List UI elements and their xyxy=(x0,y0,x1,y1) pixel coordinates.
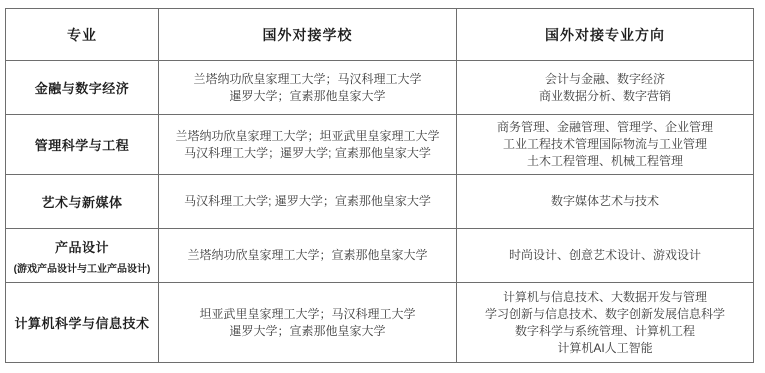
table-row: 计算机科学与信息技术坦亚武里皇家理工大学；马汉科理工大学暹罗大学；宣素那他皇家大… xyxy=(6,283,754,363)
text-line: 马汉科理工大学; 暹罗大学；宣素那他皇家大学 xyxy=(165,193,450,210)
major-note: (游戏产品设计与工业产品设计) xyxy=(12,260,152,275)
major-cell: 管理科学与工程 xyxy=(6,115,159,175)
major-name: 艺术与新媒体 xyxy=(12,192,152,211)
major-name: 金融与数字经济 xyxy=(12,78,152,97)
text-line: 数字科学与系统管理、计算机工程 xyxy=(463,323,747,340)
table-row: 产品设计(游戏产品设计与工业产品设计)兰塔纳功欣皇家理工大学；宣素那他皇家大学时… xyxy=(6,229,754,283)
text-line: 商业数据分析、数字营销 xyxy=(463,88,747,105)
schools-cell: 坦亚武里皇家理工大学；马汉科理工大学暹罗大学；宣素那他皇家大学 xyxy=(159,283,457,363)
text-line: 会计与金融、数字经济 xyxy=(463,71,747,88)
directions-cell: 会计与金融、数字经济商业数据分析、数字营销 xyxy=(457,61,754,115)
header-major: 专业 xyxy=(6,9,159,61)
text-line: 兰塔纳功欣皇家理工大学；宣素那他皇家大学 xyxy=(165,247,450,264)
text-line: 马汉科理工大学；暹罗大学; 宣素那他皇家大学 xyxy=(165,145,450,162)
majors-table-wrapper: 专业 国外对接学校 国外对接专业方向 金融与数字经济兰塔纳功欣皇家理工大学；马汉… xyxy=(5,8,754,363)
text-line: 计算机与信息技术、大数据开发与管理 xyxy=(463,289,747,306)
table-header: 专业 国外对接学校 国外对接专业方向 xyxy=(6,9,754,61)
text-line: 商务管理、金融管理、管理学、企业管理 xyxy=(463,119,747,136)
text-line: 兰塔纳功欣皇家理工大学；马汉科理工大学 xyxy=(165,71,450,88)
table-row: 艺术与新媒体马汉科理工大学; 暹罗大学；宣素那他皇家大学数字媒体艺术与技术 xyxy=(6,175,754,229)
major-cell: 艺术与新媒体 xyxy=(6,175,159,229)
text-line: 计算机AI人工智能 xyxy=(463,340,747,357)
table-row: 管理科学与工程兰塔纳功欣皇家理工大学；坦亚武里皇家理工大学马汉科理工大学；暹罗大… xyxy=(6,115,754,175)
text-line: 学习创新与信息技术、数字创新发展信息科学 xyxy=(463,306,747,323)
major-cell: 计算机科学与信息技术 xyxy=(6,283,159,363)
major-name: 管理科学与工程 xyxy=(12,135,152,154)
major-cell: 金融与数字经济 xyxy=(6,61,159,115)
text-line: 土木工程管理、机械工程管理 xyxy=(463,153,747,170)
directions-cell: 时尚设计、创意艺术设计、游戏设计 xyxy=(457,229,754,283)
schools-cell: 兰塔纳功欣皇家理工大学；坦亚武里皇家理工大学马汉科理工大学；暹罗大学; 宣素那他… xyxy=(159,115,457,175)
directions-cell: 商务管理、金融管理、管理学、企业管理工业工程技术管理国际物流与工业管理土木工程管… xyxy=(457,115,754,175)
majors-table: 专业 国外对接学校 国外对接专业方向 金融与数字经济兰塔纳功欣皇家理工大学；马汉… xyxy=(5,8,754,363)
table-row: 金融与数字经济兰塔纳功欣皇家理工大学；马汉科理工大学暹罗大学；宣素那他皇家大学会… xyxy=(6,61,754,115)
directions-cell: 数字媒体艺术与技术 xyxy=(457,175,754,229)
directions-cell: 计算机与信息技术、大数据开发与管理学习创新与信息技术、数字创新发展信息科学数字科… xyxy=(457,283,754,363)
text-line: 工业工程技术管理国际物流与工业管理 xyxy=(463,136,747,153)
text-line: 兰塔纳功欣皇家理工大学；坦亚武里皇家理工大学 xyxy=(165,128,450,145)
major-name: 计算机科学与信息技术 xyxy=(12,313,152,332)
header-row: 专业 国外对接学校 国外对接专业方向 xyxy=(6,9,754,61)
schools-cell: 兰塔纳功欣皇家理工大学；马汉科理工大学暹罗大学；宣素那他皇家大学 xyxy=(159,61,457,115)
schools-cell: 兰塔纳功欣皇家理工大学；宣素那他皇家大学 xyxy=(159,229,457,283)
text-line: 坦亚武里皇家理工大学；马汉科理工大学 xyxy=(165,306,450,323)
text-line: 数字媒体艺术与技术 xyxy=(463,193,747,210)
header-directions: 国外对接专业方向 xyxy=(457,9,754,61)
text-line: 暹罗大学；宣素那他皇家大学 xyxy=(165,323,450,340)
major-name: 产品设计 xyxy=(12,237,152,256)
text-line: 时尚设计、创意艺术设计、游戏设计 xyxy=(463,247,747,264)
text-line: 暹罗大学；宣素那他皇家大学 xyxy=(165,88,450,105)
header-schools: 国外对接学校 xyxy=(159,9,457,61)
major-cell: 产品设计(游戏产品设计与工业产品设计) xyxy=(6,229,159,283)
table-body: 金融与数字经济兰塔纳功欣皇家理工大学；马汉科理工大学暹罗大学；宣素那他皇家大学会… xyxy=(6,61,754,363)
schools-cell: 马汉科理工大学; 暹罗大学；宣素那他皇家大学 xyxy=(159,175,457,229)
